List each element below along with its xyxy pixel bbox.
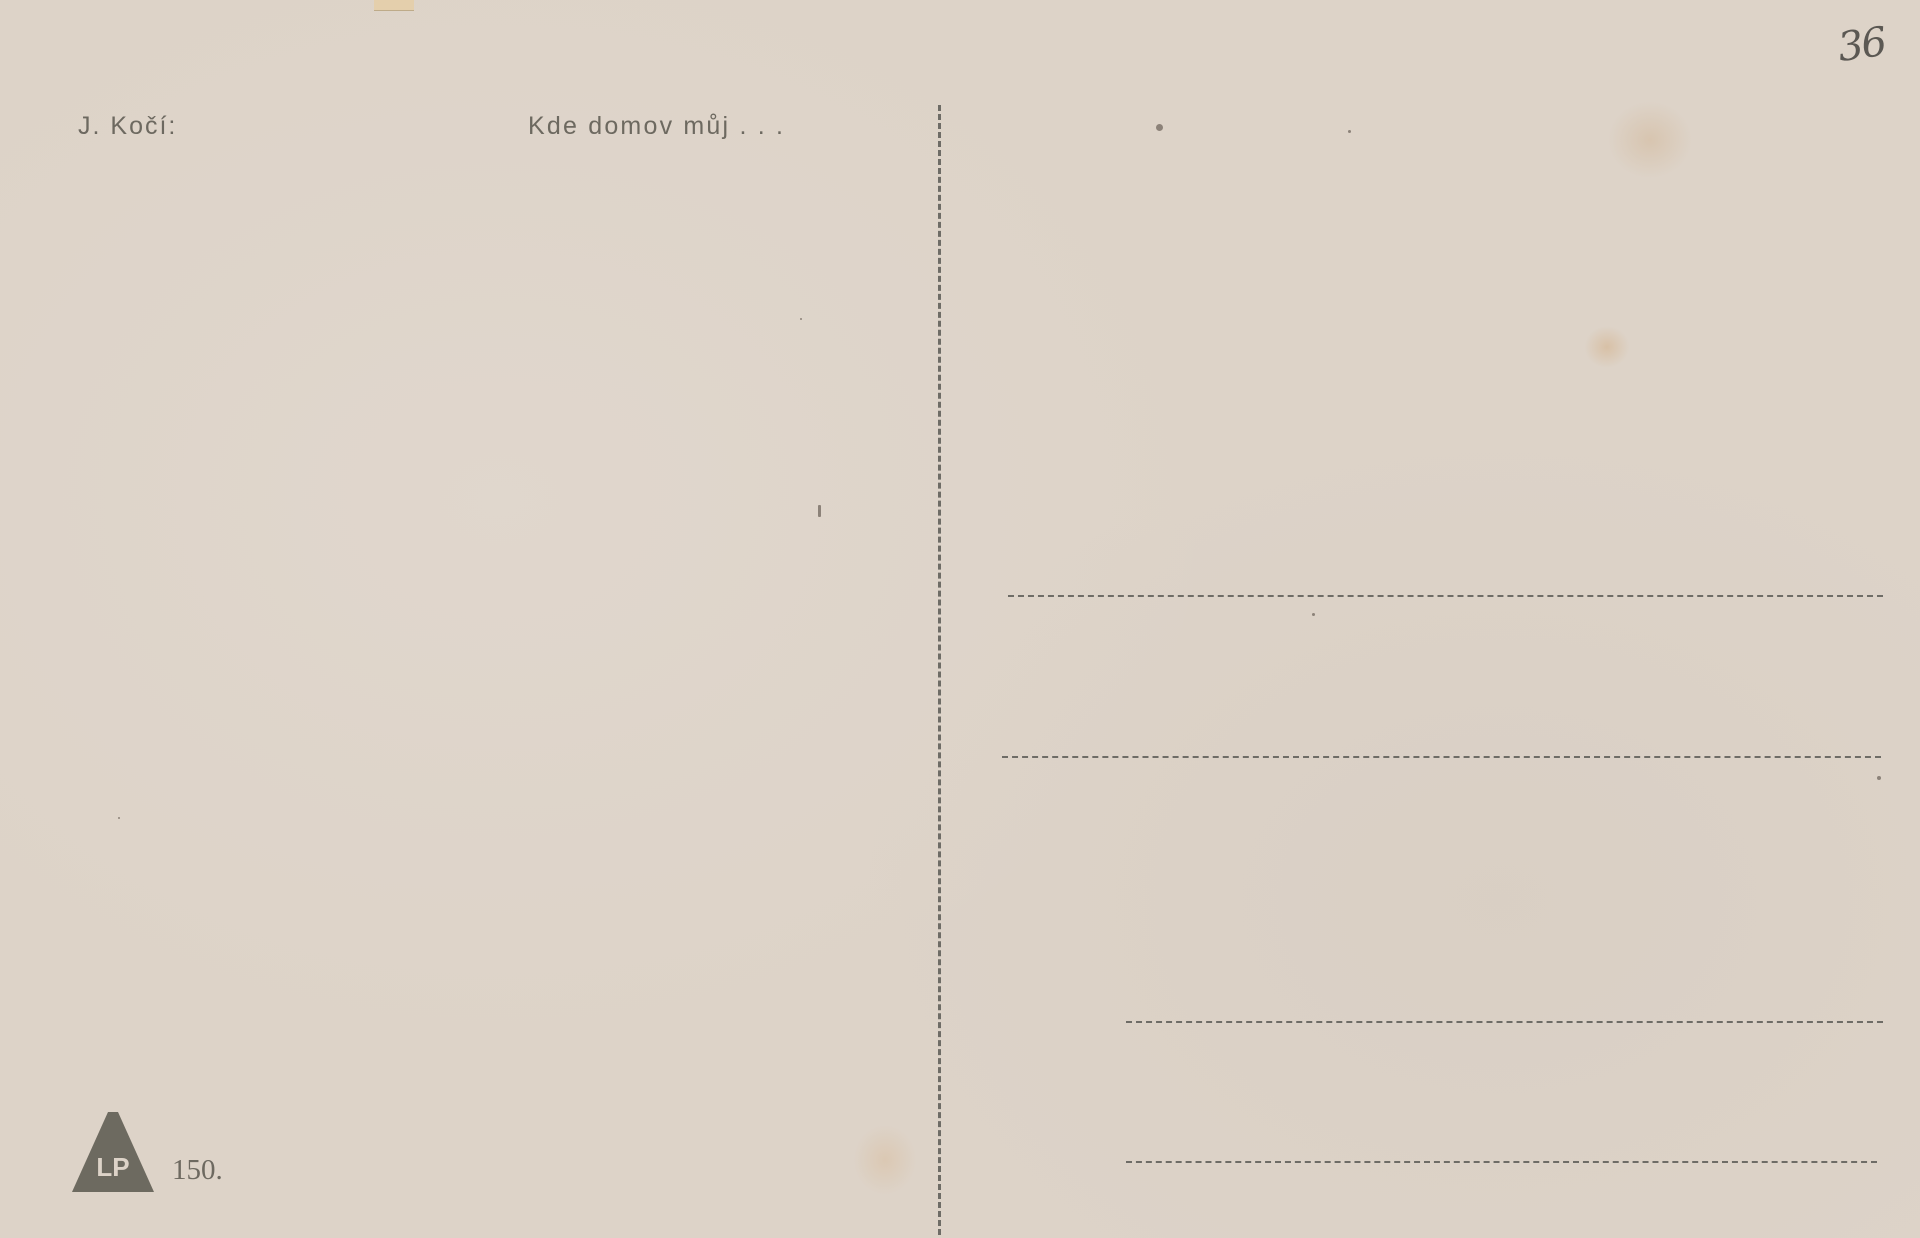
paper-speck	[118, 817, 120, 819]
paper-speck	[1348, 130, 1351, 133]
paper-speck	[1312, 613, 1315, 616]
address-line-2	[1002, 756, 1881, 758]
logo-text: LP	[96, 1152, 129, 1182]
address-line-4	[1126, 1161, 1877, 1163]
catalog-number: 150.	[172, 1154, 223, 1187]
address-line-1	[1008, 595, 1883, 597]
paper-speck	[1877, 776, 1881, 780]
postcard-back: J. Kočí: Kde domov můj . . . 36 LP 150.	[0, 0, 1920, 1238]
author-label: J. Kočí:	[78, 112, 177, 141]
message-address-divider	[938, 105, 941, 1235]
address-line-3	[1126, 1021, 1883, 1023]
handwritten-number: 36	[1835, 19, 1888, 71]
triangle-logo-icon: LP	[72, 1110, 154, 1192]
paper-speck	[818, 505, 821, 517]
paper-speck	[800, 318, 802, 320]
title-label: Kde domov můj . . .	[528, 112, 785, 141]
paper-speck	[1156, 124, 1163, 131]
tape-remnant	[374, 0, 414, 11]
